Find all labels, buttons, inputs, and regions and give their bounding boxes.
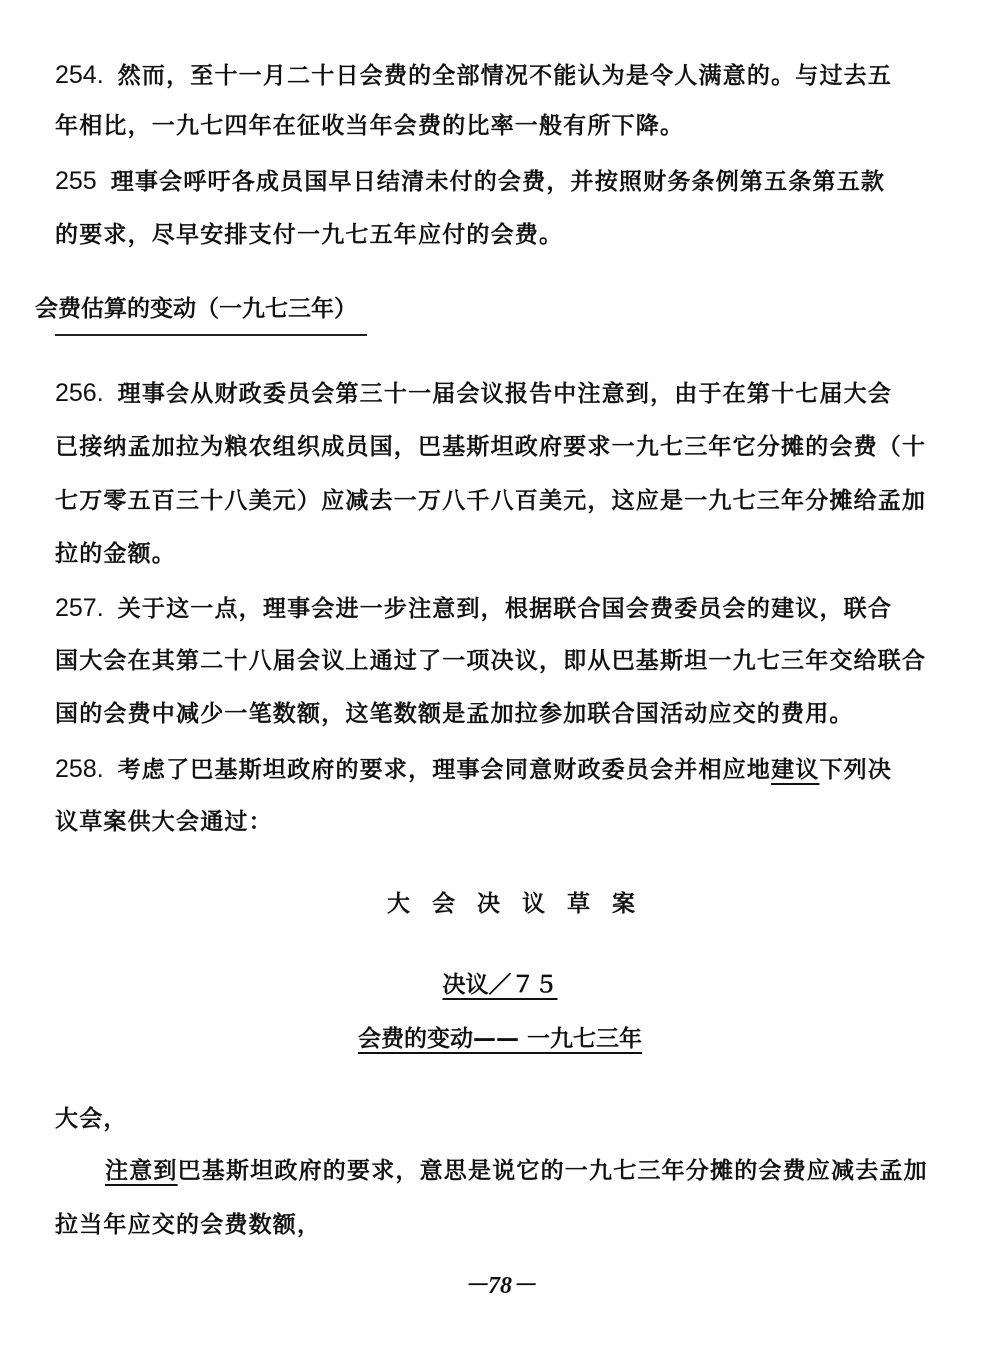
resolution-subtitle-text: 会费的变动—— 一九七三年 [358,1026,642,1052]
resolution-body-line-1: 注意到巴基斯坦政府的要求，意思是说它的一九七三年分摊的会费应减去孟加 [105,1156,1000,1186]
paragraph-257-line-1: 257.关于这一点，理事会进一步注意到，根据联合国会费委员会的建议，联合 [55,593,955,624]
resolution-subtitle: 会费的变动—— 一九七三年 [0,1020,1000,1053]
paragraph-number: 254. [55,60,104,90]
paragraph-number: 256. [55,378,104,408]
resolution-number-text: 决议／７５ [443,972,558,998]
paragraph-text: 理事会从财政委员会第三十一届会议报告中注意到，由于在第十七届大会 [118,381,892,407]
paragraph-text: 考虑了巴基斯坦政府的要求，理事会同意财政委员会并相应地 [118,757,771,783]
paragraph-257-line-2: 国大会在其第二十八届会议上通过了一项决议，即从巴基斯坦一九七三年交给联合 [55,646,955,676]
document-page: 254.然而，至十一月二十日会费的全部情况不能认为是令人满意的。与过去五 年相比… [0,0,1000,1355]
resolution-addressee: 大会， [55,1104,955,1134]
page-number: －78－ [0,1265,1000,1300]
paragraph-255-line-1: 255理事会呼吁各成员国早日结清未付的会费，并按照财务条例第五条第五款 [55,166,955,197]
paragraph-254-line-2: 年相比，一九七四年在征收当年会费的比率一般有所下降。 [55,111,955,141]
paragraph-256-line-1: 256.理事会从财政委员会第三十一届会议报告中注意到，由于在第十七届大会 [55,378,955,409]
paragraph-text: 理事会呼吁各成员国早日结清未付的会费，并按照财务条例第五条第五款 [111,169,885,195]
paragraph-number: 258. [55,754,104,784]
paragraph-257-line-3: 国的会费中减少一笔数额，这笔数额是孟加拉参加联合国活动应交的费用。 [55,699,955,729]
draft-resolution-title: 大会决议草案 [0,885,1000,918]
underlined-text: 注意到 [105,1158,178,1184]
underlined-text: 建议 [771,757,819,783]
paragraph-number: 255 [55,166,97,196]
paragraph-258-line-2: 议草案供大会通过： [55,807,955,837]
paragraph-256-line-3: 七万零五百三十八美元）应减去一万八千八百美元，这应是一九七三年分摊给孟加 [55,486,955,516]
paragraph-254-line-1: 254.然而，至十一月二十日会费的全部情况不能认为是令人满意的。与过去五 [55,60,955,91]
paragraph-text: 关于这一点，理事会进一步注意到，根据联合国会费委员会的建议，联合 [118,596,892,622]
paragraph-text: 下列决 [819,757,892,783]
paragraph-number: 257. [55,593,104,623]
section-heading-underline [55,334,367,336]
paragraph-text: 然而，至十一月二十日会费的全部情况不能认为是令人满意的。与过去五 [118,63,892,89]
paragraph-256-line-4: 拉的金额。 [55,539,955,569]
resolution-body-line-2: 拉当年应交的会费数额， [55,1210,955,1240]
paragraph-258-line-1: 258.考虑了巴基斯坦政府的要求，理事会同意财政委员会并相应地建议下列决 [55,754,955,785]
paragraph-256-line-2: 已接纳孟加拉为粮农组织成员国，巴基斯坦政府要求一九七三年它分摊的会费（十 [55,432,955,462]
paragraph-255-line-2: 的要求，尽早安排支付一九七五年应付的会费。 [55,220,955,250]
section-heading: 会费估算的变动（一九七三年） [35,294,357,324]
resolution-number: 决议／７５ [0,966,1000,999]
paragraph-text: 巴基斯坦政府的要求，意思是说它的一九七三年分摊的会费应减去孟加 [178,1158,928,1184]
